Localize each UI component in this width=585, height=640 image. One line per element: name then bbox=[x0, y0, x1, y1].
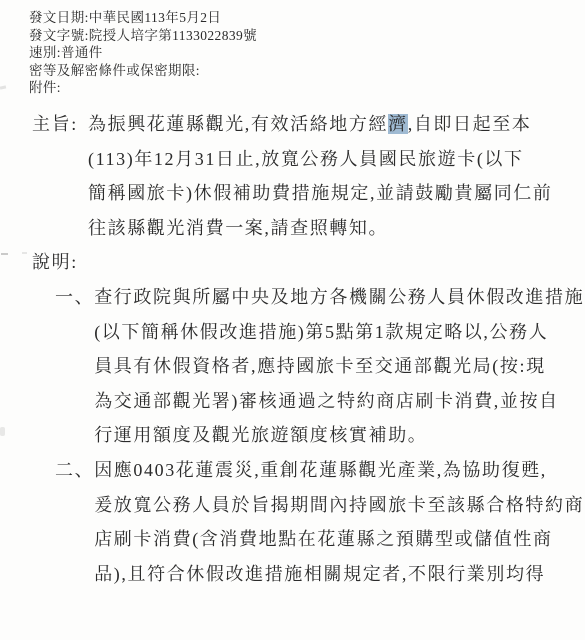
header-line-attachment: 附件: bbox=[29, 79, 257, 97]
subject-line: 簡稱國旅卡)休假補助費措施規定,並請鼓勵貴屬同仁前 bbox=[88, 176, 553, 211]
subject-label: 主旨: bbox=[32, 107, 88, 142]
text-line: 員具有休假資格者,應持國旅卡至交通部觀光局(按:現 bbox=[94, 349, 584, 384]
explanation-item-2: 二、 因應0403花蓮震災,重創花蓮縣觀光產業,為協助復甦, 爰放寬公務人員於旨… bbox=[55, 453, 567, 591]
item-number: 二、 bbox=[55, 453, 94, 488]
subject-line: 往該縣觀光消費一案,請查照轉知。 bbox=[88, 211, 553, 246]
header-line-security-class: 密等及解密條件或保密期限: bbox=[29, 62, 257, 80]
text-line: (以下簡稱休假改進措施)第5點第1款規定略以,公務人 bbox=[94, 315, 584, 350]
text-line: 行運用額度及觀光旅遊額度核實補助。 bbox=[94, 418, 584, 453]
text-line: 查行政院與所屬中央及地方各機關公務人員休假改進措施 bbox=[94, 280, 584, 315]
explanation-item-1: 一、 查行政院與所屬中央及地方各機關公務人員休假改進措施 (以下簡稱休假改進措施… bbox=[55, 280, 567, 453]
text-line: 為交通部觀光署)審核通過之特約商店刷卡消費,並按自 bbox=[94, 384, 584, 419]
text-selection-highlight: 濟 bbox=[388, 114, 408, 134]
explanation-label: 說明: bbox=[32, 245, 567, 280]
document-body: 主旨: 為振興花蓮縣觀光,有效活絡地方經濟,自即日起至本 (113)年12月31… bbox=[32, 107, 567, 591]
item-content: 查行政院與所屬中央及地方各機關公務人員休假改進措施 (以下簡稱休假改進措施)第5… bbox=[94, 280, 584, 453]
text-line: 店刷卡消費(含消費地點在花蓮縣之預購型或儲值性商 bbox=[94, 522, 584, 557]
header-line-document-number: 發文字號:院授人培字第1133022839號 bbox=[29, 27, 257, 45]
subject-text-after-selection: ,自即日起至本 bbox=[408, 114, 532, 134]
scan-artifact-mark bbox=[0, 85, 6, 89]
item-number: 一、 bbox=[55, 280, 94, 315]
subject-text-before-selection: 為振興花蓮縣觀光,有效活絡地方經 bbox=[88, 114, 388, 134]
subject-line: (113)年12月31日止,放寬公務人員國民旅遊卡(以下 bbox=[88, 142, 553, 177]
subject-line: 為振興花蓮縣觀光,有效活絡地方經濟,自即日起至本 bbox=[88, 107, 553, 142]
text-line: 爰放寬公務人員於旨揭期間內持國旅卡至該縣合格特約商 bbox=[94, 488, 584, 523]
subject-section: 主旨: 為振興花蓮縣觀光,有效活絡地方經濟,自即日起至本 (113)年12月31… bbox=[32, 107, 567, 245]
text-line: 品),且符合休假改進措施相關規定者,不限行業別均得 bbox=[94, 557, 584, 592]
document-page: 發文日期:中華民國113年5月2日 發文字號:院授人培字第1133022839號… bbox=[0, 0, 585, 640]
scan-artifact-mark bbox=[1, 253, 8, 255]
header-line-issue-date: 發文日期:中華民國113年5月2日 bbox=[29, 9, 257, 27]
text-line: 因應0403花蓮震災,重創花蓮縣觀光產業,為協助復甦, bbox=[94, 453, 584, 488]
item-content: 因應0403花蓮震災,重創花蓮縣觀光產業,為協助復甦, 爰放寬公務人員於旨揭期間… bbox=[94, 453, 584, 591]
scan-artifact-mark bbox=[0, 427, 5, 436]
header-line-speed-class: 速別:普通件 bbox=[29, 44, 257, 62]
scan-artifact-mark bbox=[22, 252, 27, 254]
subject-content: 為振興花蓮縣觀光,有效活絡地方經濟,自即日起至本 (113)年12月31日止,放… bbox=[88, 107, 553, 245]
document-header: 發文日期:中華民國113年5月2日 發文字號:院授人培字第1133022839號… bbox=[29, 9, 257, 97]
